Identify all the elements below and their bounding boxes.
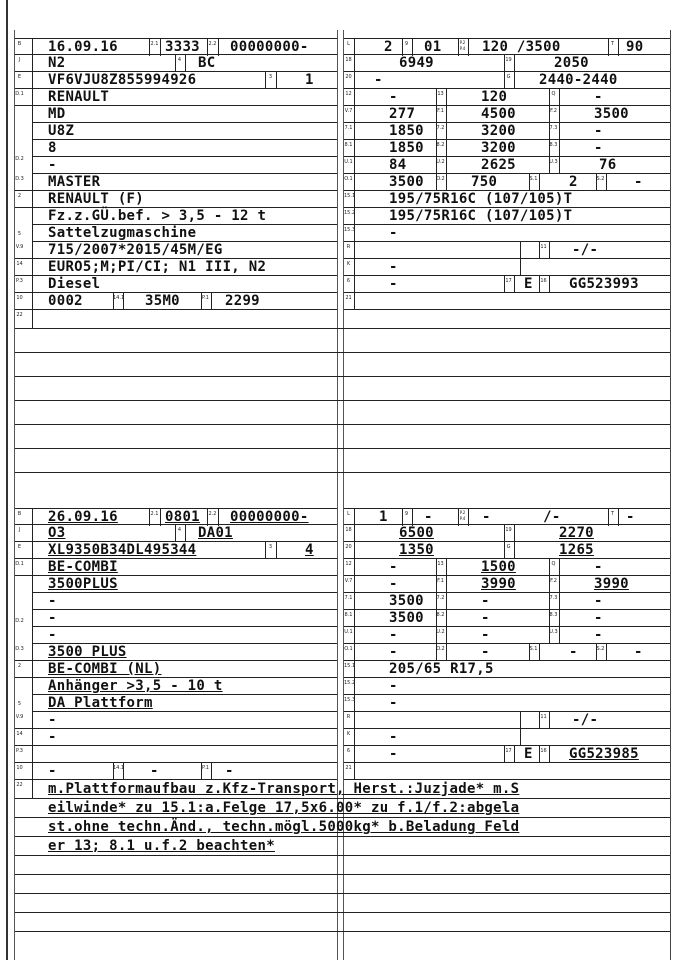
field-label: 8.3: [549, 142, 558, 148]
field-label: E: [15, 544, 24, 550]
field-label: D.3: [15, 646, 24, 652]
row-10: 10 0002 14.1 35M0 P.1 2299: [15, 293, 337, 310]
row-15-2: 15.2 -: [344, 678, 670, 695]
row-12: 12 - 13 1500 Q -: [344, 559, 670, 576]
field-label: 6: [344, 278, 353, 284]
tyres-axle-3: -: [389, 696, 398, 711]
permissible-mass: 3500: [594, 107, 629, 122]
field-label: B: [15, 511, 24, 517]
field-label: P.2 P.4: [458, 40, 467, 52]
fuel-code: -: [48, 764, 57, 779]
field-label: D.1: [15, 561, 24, 567]
axle-load-2: 3200: [481, 124, 516, 139]
axle-load-1: 1850: [389, 124, 424, 139]
approval-date: -: [389, 747, 398, 762]
field-label: 7.3: [549, 595, 558, 601]
row-15-3: 15.3 -: [344, 225, 670, 242]
row-7: 7.1 1850 7.2 3200 7.3 -: [344, 123, 670, 140]
row-5-line2: DA Plattform: [32, 695, 337, 712]
field-label: D.1: [15, 91, 24, 97]
emission-class: EURO5;M;PI/CI; N1 III, N2: [48, 260, 266, 275]
field-label: 2: [15, 663, 24, 669]
field-label: U.1: [344, 629, 353, 635]
field-label: V.7: [344, 578, 353, 584]
towing-unbraked: -: [481, 645, 490, 660]
support-load: 1500: [481, 560, 516, 575]
row-14: 14 -: [15, 729, 337, 746]
row-22: 22: [15, 310, 670, 329]
vin-check-digit: 4: [305, 543, 314, 558]
field-label: K: [344, 731, 353, 737]
remarks-line: [15, 425, 670, 449]
emission-class: -: [48, 730, 57, 745]
field-label: 11: [539, 714, 548, 720]
field-label: 14: [15, 731, 24, 737]
row-5-line2: Sattelzugmaschine: [32, 225, 337, 242]
field-label: 7.1: [344, 125, 353, 131]
remarks-line: st.ohne techn.Änd., techn.mögl.5000kg* b…: [15, 818, 670, 837]
power-rpm: - /-: [482, 510, 561, 525]
field-label: U.2: [436, 629, 445, 635]
field-label: K: [344, 261, 353, 267]
row-R: R 11 -/-: [344, 712, 670, 729]
field-label: S.1: [529, 646, 538, 652]
field-label: 12: [344, 91, 353, 97]
standing-places: -: [634, 175, 643, 190]
emission-directive: 715/2007*2015/45M/EG: [48, 243, 223, 258]
remarks-line-4: er 13; 8.1 u.f.2 beachten*: [48, 839, 275, 854]
row-D1: D.1 BE-COMBI: [15, 559, 337, 576]
field-label: 2.2: [208, 511, 217, 517]
field-label: O.2: [436, 176, 445, 182]
field-label: 12: [344, 561, 353, 567]
field-label: 7.2: [436, 125, 445, 131]
type-code: 00000000-: [230, 510, 309, 525]
row-L: L 1 9 - P.2 P.4 - /- T -: [344, 508, 670, 525]
remarks-line: [15, 401, 670, 425]
row-D3: D.3 3500 PLUS: [15, 644, 337, 661]
length: 6949: [399, 56, 434, 71]
noise-standing: 84: [389, 158, 406, 173]
row-8: 8.1 3500 8.2 - 8.3 -: [344, 610, 670, 627]
field-label: L: [344, 41, 353, 47]
field-label: F.1: [436, 578, 445, 584]
row-2: 2 BE-COMBI (NL): [15, 661, 337, 678]
field-label: O.1: [344, 176, 353, 182]
emission-code: -: [150, 764, 159, 779]
row-E: E VF6VJU8Z855994926 3 1: [15, 72, 337, 89]
color-code: -/-: [572, 713, 598, 728]
towing-braked: -: [389, 645, 398, 660]
length: 6500: [399, 526, 434, 541]
co2: 277: [389, 107, 415, 122]
field-label: 17: [504, 278, 513, 284]
field-label: F.2: [549, 578, 558, 584]
field-label: 15.3: [344, 227, 353, 233]
version-line: -: [48, 611, 57, 626]
field-label: U.1: [344, 159, 353, 165]
field-label: 7.3: [549, 125, 558, 131]
width: 2050: [554, 56, 589, 71]
date-first-registration: 16.09.16: [48, 40, 118, 55]
trade-name: MASTER: [48, 175, 100, 190]
axle-load-3: -: [594, 124, 603, 139]
row-P3: P.3: [15, 746, 337, 763]
row-18: 18 6949 19 2050: [344, 55, 670, 72]
noise-rpm: -: [481, 628, 490, 643]
field-label: 13: [436, 561, 445, 567]
field-label: 11: [539, 244, 548, 250]
fuel-code: 0002: [48, 294, 83, 309]
co2: -: [389, 577, 398, 592]
row-D1: D.1 RENAULT: [15, 89, 337, 106]
remarks-line: [15, 353, 670, 377]
remarks-line-2: eilwinde* zu 15.1:a.Felge 17,5x6.00* zu …: [48, 801, 519, 816]
remarks-line: er 13; 8.1 u.f.2 beachten*: [15, 837, 670, 856]
field-label: U.3: [549, 629, 558, 635]
vehicle-class: N2: [48, 56, 65, 71]
field-label: U.3: [549, 159, 558, 165]
field-label: U.2: [436, 159, 445, 165]
field-label: 20: [344, 544, 353, 550]
perm-axle-load-1: 3500: [389, 611, 424, 626]
make: RENAULT: [48, 90, 109, 105]
row-14: 14 EURO5;M;PI/CI; N1 III, N2: [15, 259, 337, 276]
tank-volume: -: [389, 90, 398, 105]
axles: 2: [384, 40, 393, 55]
row-21: 21: [344, 763, 670, 780]
field-label: 3: [266, 544, 275, 550]
approval-indicator: E: [524, 747, 533, 762]
field-label: O.1: [344, 646, 353, 652]
field-label: 14.1: [113, 765, 122, 771]
manufacturer: BE-COMBI (NL): [48, 662, 161, 677]
row-D2-line1: MD: [32, 106, 337, 123]
power-rpm: 120 /3500: [482, 40, 561, 55]
tyres-axle-1: 195/75R16C (107/105)T: [389, 192, 572, 207]
field-label: 7.2: [436, 595, 445, 601]
remarks-line: [15, 856, 670, 875]
tyres-axle-1: 205/65 R17,5: [389, 662, 494, 677]
field-label: 20: [344, 74, 353, 80]
field-label: 14.1: [113, 295, 122, 301]
row-D2-line3: 8: [32, 140, 337, 157]
perm-axle-load-2: -: [481, 611, 490, 626]
remarks-line: eilwinde* zu 15.1:a.Felge 17,5x6.00* zu …: [15, 799, 670, 818]
version-line: 8: [48, 141, 57, 156]
body-description: Sattelzugmaschine: [48, 226, 196, 241]
tank-volume: -: [389, 560, 398, 575]
field-label: 10: [15, 295, 24, 301]
row-D3: D.3 MASTER: [15, 174, 337, 191]
vin: VF6VJU8Z855994926: [48, 73, 196, 88]
field-label: J: [15, 57, 24, 63]
body-type: BC: [198, 56, 215, 71]
field-label: G: [504, 544, 513, 550]
vin-check-digit: 1: [305, 73, 314, 88]
field-label: S.2: [596, 646, 605, 652]
field-label: R: [344, 244, 353, 250]
height: -: [374, 73, 383, 88]
axle-load-1: 3500: [389, 594, 424, 609]
remarks-line: [15, 913, 670, 932]
field-label: 15.2: [344, 210, 353, 216]
body-description: DA Plattform: [48, 696, 153, 711]
field-label: V.7: [344, 108, 353, 114]
noise-standing: -: [389, 628, 398, 643]
field-label: O.2: [436, 646, 445, 652]
type-line: MD: [48, 107, 65, 122]
field-label: P.3: [15, 748, 24, 754]
field-label: P.3: [15, 278, 24, 284]
field-label: P.1: [201, 765, 210, 771]
tyres-axle-3: -: [389, 226, 398, 241]
row-6: 6 - 17 E 16 GG523985: [344, 746, 670, 763]
row-5-line1: Fz.z.GÜ.bef. > 3,5 - 12 t: [32, 208, 337, 225]
row-D2-line4: -: [32, 157, 337, 174]
row-D2-line4: -: [32, 627, 337, 644]
field-label-D2: D.2: [15, 618, 24, 624]
field-label: 2: [15, 193, 24, 199]
field-label: 2.1: [150, 41, 159, 47]
row-D2-line1: 3500PLUS: [32, 576, 337, 593]
field-label: B: [15, 41, 24, 47]
empty-weight: 1265: [559, 543, 594, 558]
row-20: 20 - G 2440-2440: [344, 72, 670, 89]
field-label: 7.1: [344, 595, 353, 601]
max-mass: 3990: [481, 577, 516, 592]
field-label: 9: [402, 41, 411, 47]
type-approval-number: -: [389, 730, 398, 745]
axle-load-2: -: [481, 594, 490, 609]
field-label: 13: [436, 91, 445, 97]
noise-driving: 76: [599, 158, 616, 173]
field-label: 8.2: [436, 612, 445, 618]
towing-braked: 3500: [389, 175, 424, 190]
field-label: L: [344, 511, 353, 517]
certificate-number: GG523993: [569, 277, 639, 292]
field-label: V.9: [15, 714, 24, 720]
power-weight-ratio: -: [594, 90, 603, 105]
trade-name: 3500 PLUS: [48, 645, 127, 660]
remarks-line-1: m.Plattformaufbau z.Kfz-Transport, Herst…: [48, 782, 519, 797]
type-line: 3500PLUS: [48, 577, 118, 592]
field-label: T: [608, 511, 617, 517]
field-label: 22: [15, 312, 24, 318]
max-speed: -: [626, 510, 635, 525]
perm-axle-load-3: -: [594, 141, 603, 156]
field-label: 6: [344, 748, 353, 754]
row-D2-line2: -: [32, 593, 337, 610]
displacement: -: [225, 764, 234, 779]
field-label: 4: [175, 527, 184, 533]
field-label: S.2: [596, 176, 605, 182]
support-load: 120: [481, 90, 507, 105]
field-label: 18: [344, 527, 353, 533]
standing-places: -: [634, 645, 643, 660]
row-D2-line2: U8Z: [32, 123, 337, 140]
certificate-number: GG523985: [569, 747, 639, 762]
row-22: 22 m.Plattformaufbau z.Kfz-Transport, He…: [15, 780, 670, 799]
power-weight-ratio: -: [594, 560, 603, 575]
row-V7: V.7 277 F.1 4500 F.2 3500: [344, 106, 670, 123]
type-code: 00000000-: [230, 40, 309, 55]
body-type: DA01: [198, 526, 233, 541]
drive-axles: -: [424, 510, 433, 525]
manufacturer-code: 3333: [165, 40, 200, 55]
row-P3: P.3 Diesel: [15, 276, 337, 293]
row-18: 18 6500 19 2270: [344, 525, 670, 542]
tyres-axle-2: 195/75R16C (107/105)T: [389, 209, 572, 224]
drive-axles: 01: [424, 40, 441, 55]
row-K: K -: [344, 729, 670, 746]
vehicle-category: Fz.z.GÜ.bef. > 3,5 - 12 t: [48, 209, 266, 224]
field-label: 8.2: [436, 142, 445, 148]
row-15-1: 15.1 205/65 R17,5: [344, 661, 670, 678]
row-E: E XL9350B34DL495344 3 4: [15, 542, 337, 559]
field-label: 21: [344, 295, 353, 301]
field-label: F.2: [549, 108, 558, 114]
displacement: 2299: [225, 294, 260, 309]
row-U: U.1 84 U.2 2625 U.3 76: [344, 157, 670, 174]
page-border-right: [670, 30, 671, 960]
field-label: 15.1: [344, 193, 353, 199]
field-label: 10: [15, 765, 24, 771]
row-V9: V.9 -: [15, 712, 337, 729]
field-label: 19: [504, 57, 513, 63]
empty-weight: 2440-2440: [539, 73, 618, 88]
field-label: T: [608, 41, 617, 47]
row-U: U.1 - U.2 - U.3 -: [344, 627, 670, 644]
width: 2270: [559, 526, 594, 541]
row-15-3: 15.3 -: [344, 695, 670, 712]
towing-unbraked: 750: [471, 175, 497, 190]
manufacturer-code: 0801: [165, 510, 200, 525]
row-8: 8.1 1850 8.2 3200 8.3 -: [344, 140, 670, 157]
registration-document: B 16.09.16 2.1 3333 2.2 00000000- J N2 4…: [0, 0, 677, 960]
field-label: 22: [15, 782, 24, 788]
field-label: Q: [549, 91, 558, 97]
axle-load-3: -: [594, 594, 603, 609]
row-2: 2 RENAULT (F): [15, 191, 337, 208]
field-label: 14: [15, 261, 24, 267]
field-label-5: 5: [15, 701, 24, 707]
field-label: 18: [344, 57, 353, 63]
height: 1350: [399, 543, 434, 558]
row-15-1: 15.1 195/75R16C (107/105)T: [344, 191, 670, 208]
approval-indicator: E: [524, 277, 533, 292]
remarks-line: [15, 377, 670, 401]
variant-line: U8Z: [48, 124, 74, 139]
row-V9: V.9 715/2007*2015/45M/EG: [15, 242, 337, 259]
row-J: J N2 4 BC: [15, 55, 337, 72]
noise-rpm: 2625: [481, 158, 516, 173]
row-B: B 26.09.16 2.1 0801 2.2 00000000-: [15, 508, 337, 525]
field-label: P.1: [201, 295, 210, 301]
field-label: S.1: [529, 176, 538, 182]
remarks-line-3: st.ohne techn.Änd., techn.mögl.5000kg* b…: [48, 820, 519, 835]
row-20: 20 1350 G 1265: [344, 542, 670, 559]
color-code: -/-: [572, 243, 598, 258]
field-label: R: [344, 714, 353, 720]
row-O: O.1 - O.2 - S.1 - S.2 -: [344, 644, 670, 661]
row-D2-line3: -: [32, 610, 337, 627]
row-21: 21: [344, 293, 670, 310]
emission-code: 35M0: [145, 294, 180, 309]
field-label: G: [504, 74, 513, 80]
field-label: 15.2: [344, 680, 353, 686]
perm-axle-load-1: 1850: [389, 141, 424, 156]
field-label: 17: [504, 748, 513, 754]
field-label: 8.3: [549, 612, 558, 618]
max-mass: 4500: [481, 107, 516, 122]
axles: 1: [379, 510, 388, 525]
remarks-line: [15, 329, 670, 353]
row-J: J O3 4 DA01: [15, 525, 337, 542]
row-7: 7.1 3500 7.2 - 7.3 -: [344, 593, 670, 610]
perm-axle-load-3: -: [594, 611, 603, 626]
field-label: 2.1: [150, 511, 159, 517]
row-B: B 16.09.16 2.1 3333 2.2 00000000-: [15, 38, 337, 55]
remarks-line: [15, 875, 670, 894]
row-10: 10 - 14.1 - P.1 -: [15, 763, 337, 780]
field-label: P.2 P.4: [458, 510, 467, 522]
vin: XL9350B34DL495344: [48, 543, 196, 558]
field-label: F.1: [436, 108, 445, 114]
row-12: 12 - 13 120 Q -: [344, 89, 670, 106]
row-5-line1: Anhänger >3,5 - 10 t: [32, 678, 337, 695]
field-label: Q: [549, 561, 558, 567]
version-line-2: -: [48, 628, 57, 643]
seats: -: [569, 645, 578, 660]
field-label: 15.3: [344, 697, 353, 703]
field-label: 15.1: [344, 663, 353, 669]
field-label: E: [15, 74, 24, 80]
field-label: 21: [344, 765, 353, 771]
row-K: K -: [344, 259, 670, 276]
field-label: 9: [402, 511, 411, 517]
type-approval-number: -: [389, 260, 398, 275]
remarks-line: [15, 449, 670, 473]
field-label-D2: D.2: [15, 156, 24, 162]
date-first-registration: 26.09.16: [48, 510, 118, 525]
field-label: 19: [504, 527, 513, 533]
permissible-mass: 3990: [594, 577, 629, 592]
vehicle-class: O3: [48, 526, 65, 541]
field-label: D.3: [15, 176, 24, 182]
max-speed: 90: [626, 40, 643, 55]
fuel-type: Diesel: [48, 277, 100, 292]
field-label: 16: [539, 278, 548, 284]
perm-axle-load-2: 3200: [481, 141, 516, 156]
field-label: 8.1: [344, 142, 353, 148]
field-label: J: [15, 527, 24, 533]
field-label: 16: [539, 748, 548, 754]
vehicle-category: Anhänger >3,5 - 10 t: [48, 679, 223, 694]
field-label: V.9: [15, 244, 24, 250]
row-L: L 2 9 01 P.2 P.4 120 /3500 T 90: [344, 38, 670, 55]
emission-directive: -: [48, 713, 57, 728]
seats: 2: [569, 175, 578, 190]
noise-driving: -: [594, 628, 603, 643]
tyres-axle-2: -: [389, 679, 398, 694]
remarks-line: [15, 894, 670, 913]
field-label: 3: [266, 74, 275, 80]
row-O: O.1 3500 O.2 750 S.1 2 S.2 -: [344, 174, 670, 191]
field-label: 8.1: [344, 612, 353, 618]
page-border-left: [6, 0, 8, 960]
make: BE-COMBI: [48, 560, 118, 575]
